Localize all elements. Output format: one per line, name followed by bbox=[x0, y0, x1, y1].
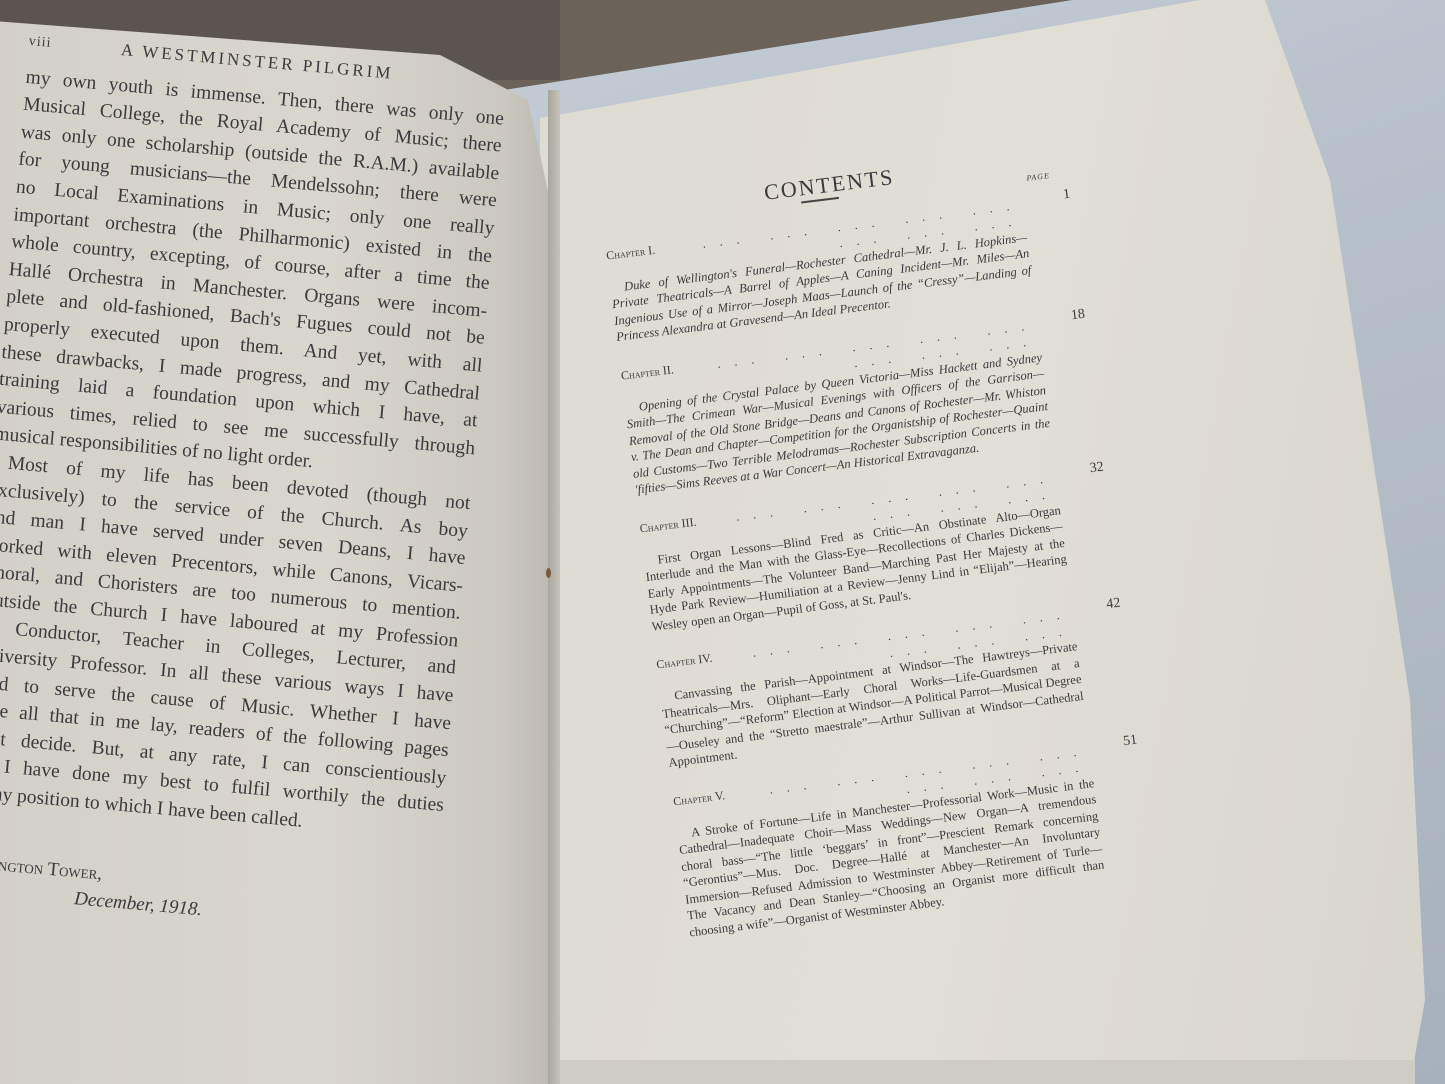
page-folio: viii bbox=[28, 28, 53, 57]
contents-entry-chapter-2: Chapter II. ... ... ... ... ... ... ... … bbox=[620, 316, 1053, 498]
book-gutter bbox=[548, 90, 560, 1084]
contents-entry-chapter-4: Chapter IV. ... ... ... ... ... ... ... … bbox=[655, 605, 1086, 771]
page-edge bbox=[555, 1060, 1415, 1084]
chapter-page-number: 42 bbox=[1106, 596, 1122, 614]
page-column-label: PAGE bbox=[1026, 168, 1051, 187]
body-text: my own youth is immense. Then, there was… bbox=[0, 63, 505, 847]
chapter-page-number: 32 bbox=[1089, 459, 1105, 477]
chapter-page-number: 18 bbox=[1070, 306, 1086, 324]
chapter-label: Chapter I. bbox=[605, 241, 658, 280]
paper-stain bbox=[546, 568, 551, 578]
chapter-page-number: 51 bbox=[1122, 732, 1138, 750]
contents-entry-chapter-1: Chapter I. ... ... ... ... ... ... ... .… bbox=[605, 196, 1034, 345]
contents-entry-chapter-5: Chapter V. ... ... ... ... ... ... ... .… bbox=[672, 742, 1107, 941]
left-page-text: viii A Westminster Pilgrim my own youth … bbox=[0, 28, 508, 944]
contents-entry-chapter-3: Chapter III. ... ... ... ... ... ... ...… bbox=[639, 469, 1070, 635]
